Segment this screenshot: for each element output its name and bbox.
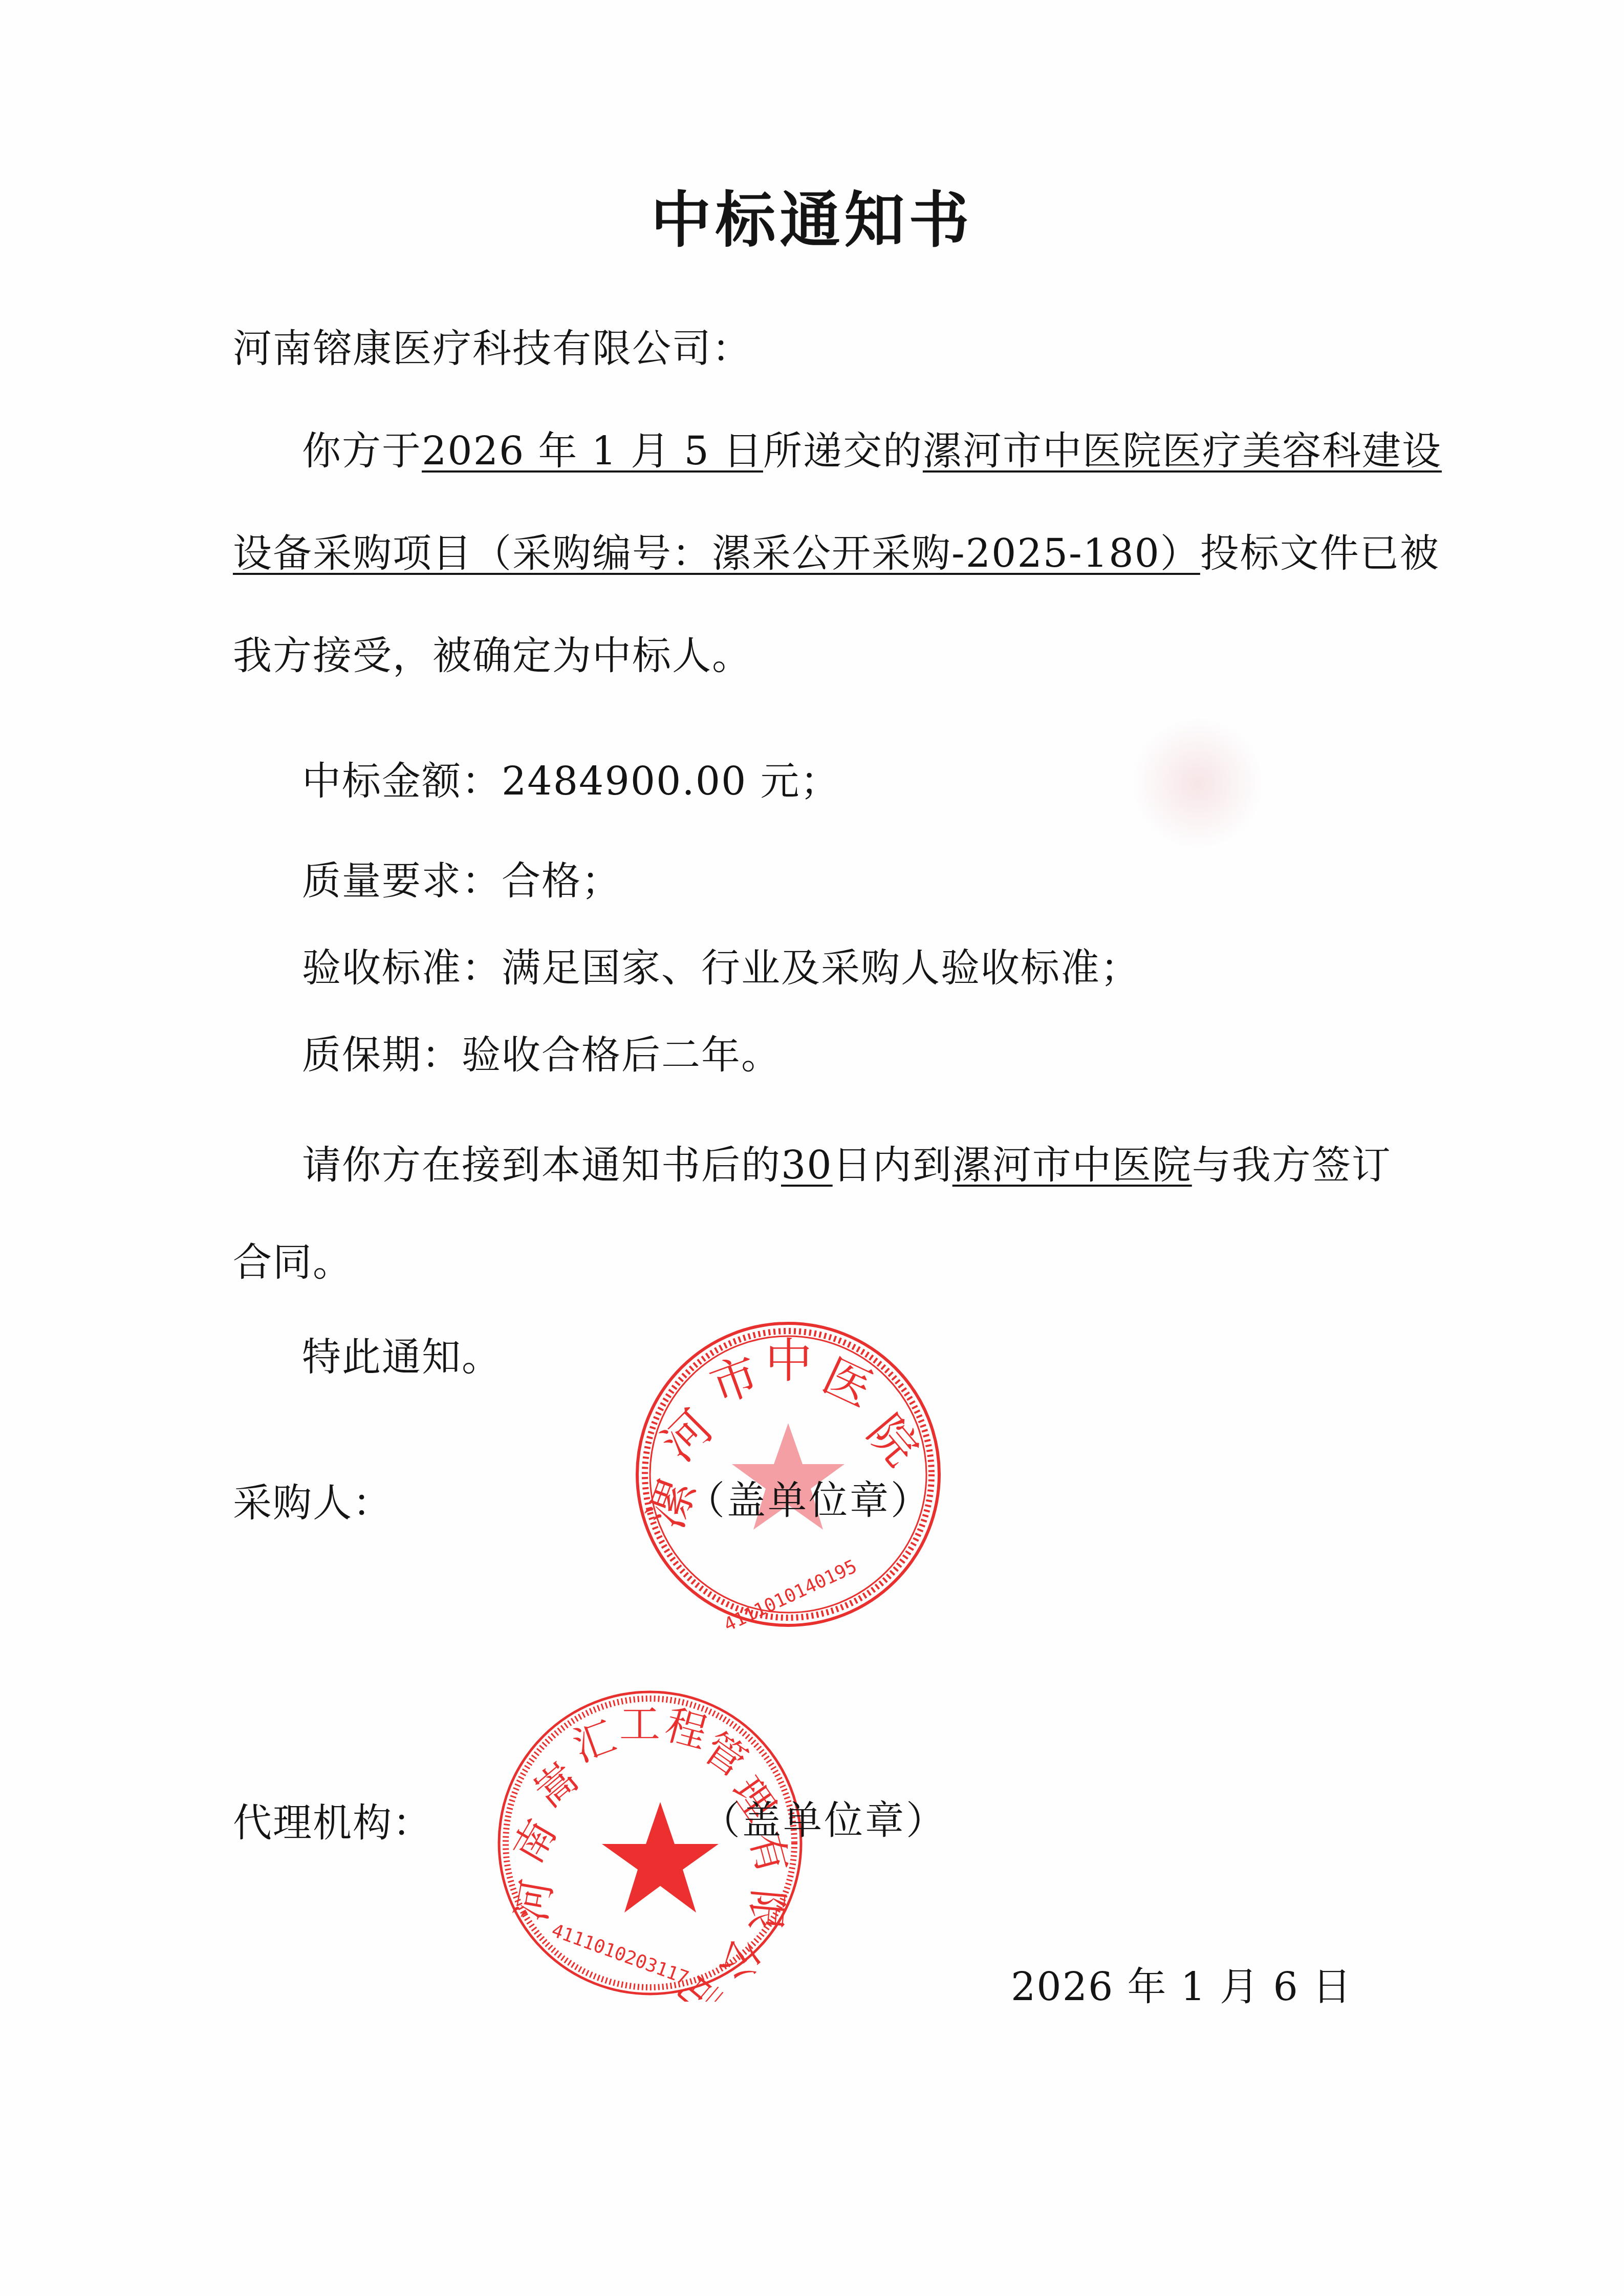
svg-text:程: 程 (660, 1701, 712, 1757)
agency-seal-note: （盖单位章） (701, 1789, 947, 1845)
addressee: 河南镕康医疗科技有限公司： (233, 317, 752, 373)
project-name: 漯河市中医院医疗美容科建设 (923, 428, 1442, 474)
ink-smudge (1131, 717, 1264, 850)
svg-text:中: 中 (765, 1334, 812, 1388)
term-acceptance-standard: 验收标准：满足国家、行业及采购人验收标准； (302, 937, 1140, 993)
term-label: 质量要求： (302, 858, 502, 904)
contract-line-2: 合同。 (233, 1231, 353, 1287)
svg-text:公: 公 (710, 1931, 771, 1988)
body-paragraph-line-3: 我方接受，被确定为中标人。 (233, 625, 752, 680)
project-name-continued: 设备采购项目（采购编号：漯采公开采购-2025-180） (233, 530, 1200, 576)
svg-text:河: 河 (507, 1876, 561, 1925)
document-page: 中标通知书 河南镕康医疗科技有限公司： 你方于2026 年 1 月 5 日所递交… (0, 0, 1624, 2296)
svg-text:管: 管 (695, 1724, 755, 1786)
purchaser-seal-code: 4111010140195 (721, 1556, 860, 1633)
term-award-amount: 中标金额：2484900.00 元； (302, 750, 840, 806)
agency-seal-code: 4111010203117 (549, 1920, 691, 1989)
term-quality: 质量要求：合格； (302, 850, 621, 906)
body-text: 日内到 (833, 1142, 952, 1188)
body-text: 你方于 (302, 428, 422, 474)
term-warranty: 质保期：验收合格后二年。 (302, 1024, 781, 1080)
svg-text:司: 司 (667, 1963, 730, 2002)
body-text: 请你方在接到本通知书后的 (302, 1142, 781, 1188)
term-value: 合格； (502, 858, 621, 904)
contract-line-1: 请你方在接到本通知书后的30日内到漯河市中医院与我方签订 (302, 1134, 1392, 1190)
closing-text: 特此通知。 (302, 1326, 502, 1382)
svg-text:限: 限 (741, 1887, 792, 1933)
purchaser-label: 采购人： (233, 1472, 393, 1528)
body-paragraph-line-1: 你方于2026 年 1 月 5 日所递交的漯河市中医院医疗美容科建设 (302, 420, 1442, 476)
svg-text:嵩: 嵩 (525, 1754, 587, 1817)
term-label: 验收标准： (302, 945, 502, 991)
body-text: 与我方签订 (1192, 1142, 1392, 1188)
svg-text:医: 医 (815, 1348, 881, 1418)
purchaser-seal-note: （盖单位章） (686, 1469, 932, 1525)
term-label: 质保期： (302, 1032, 462, 1078)
svg-text:工: 工 (619, 1700, 660, 1748)
contract-place: 漯河市中医院 (952, 1142, 1192, 1188)
agency-label: 代理机构： (233, 1792, 432, 1848)
body-paragraph-line-2: 设备采购项目（采购编号：漯采公开采购-2025-180）投标文件已被 (233, 522, 1440, 578)
term-value: 满足国家、行业及采购人验收标准； (502, 945, 1140, 991)
body-text: 投标文件已被 (1200, 530, 1440, 576)
term-value: 2484900.00 元； (502, 758, 840, 804)
svg-text:市: 市 (703, 1347, 766, 1414)
svg-text:南: 南 (504, 1812, 566, 1871)
submission-date: 2026 年 1 月 5 日 (422, 428, 763, 474)
svg-text:河: 河 (652, 1400, 724, 1472)
document-title: 中标通知书 (0, 171, 1624, 259)
body-text: 所递交的 (763, 428, 923, 474)
term-value: 验收合格后二年。 (462, 1032, 781, 1078)
term-label: 中标金额： (302, 758, 502, 804)
contract-days: 30 (781, 1142, 833, 1188)
issue-date: 2026 年 1 月 6 日 (1011, 1956, 1352, 2011)
svg-text:院: 院 (857, 1405, 929, 1476)
svg-text:汇: 汇 (567, 1712, 621, 1771)
